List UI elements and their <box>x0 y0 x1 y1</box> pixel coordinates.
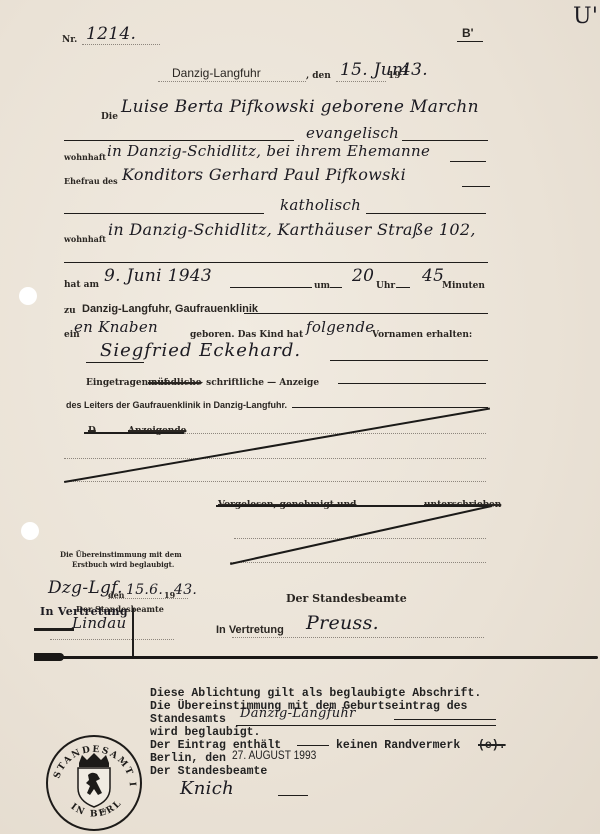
svg-text:24: 24 <box>100 809 106 815</box>
mother-line-2b <box>402 140 488 141</box>
informant-line <box>292 407 488 408</box>
father-residence: in Danzig-Schidlitz, Karthäuser Straße 1… <box>108 220 476 239</box>
vorgelesen-line-1 <box>234 538 486 539</box>
birth-place-line <box>244 313 488 314</box>
child-sex: en Knaben <box>74 318 158 336</box>
official-signature: Preuss. <box>306 612 379 634</box>
document-page: U' B' Nr. 1214. Danzig-Langfuhr , den 15… <box>0 0 600 834</box>
cert-1943-sig-tail <box>132 608 134 658</box>
number-label: Nr. <box>62 35 77 45</box>
uhr-label: Uhr <box>376 281 395 291</box>
divider-flare-left <box>34 653 64 661</box>
hat-am-label: hat am <box>64 280 99 290</box>
punch-hole-bottom <box>21 522 39 540</box>
anzeigende-d-struck: D <box>88 426 96 436</box>
copy-standesamt: Danzig-Langfuhr <box>240 706 356 721</box>
zu-label: zu <box>64 306 76 316</box>
year-suffix: 43. <box>400 60 428 80</box>
mother-religion: evangelisch <box>306 124 399 142</box>
cert-1943-year: 43. <box>174 582 197 598</box>
child-given-names: Siegfried Eckehard. <box>100 340 301 361</box>
copy-line-4: wird beglaubigt. <box>150 726 260 739</box>
copy-signature-dash <box>278 795 308 796</box>
cert-1943-sig-line <box>50 639 174 640</box>
corner-mark: U' <box>573 4 598 29</box>
anzeigende-strike-line <box>84 432 184 434</box>
mother-name: Luise Berta Pifkowski geborene Marchn <box>121 97 479 117</box>
copy-signature: Knich <box>180 778 234 799</box>
copy-line-6-label: Berlin, den <box>150 752 226 765</box>
cert-1943-date-line <box>108 598 188 599</box>
section-divider <box>34 656 598 659</box>
cancel-stroke-1 <box>64 407 490 483</box>
anzeigende-line-2 <box>64 458 486 459</box>
anzeigende-line-3 <box>64 481 486 482</box>
cert-1943-line1: Die Übereinstimmung mit dem <box>60 550 182 559</box>
copy-standesamt-line <box>236 725 496 726</box>
copy-standesamt-line-b <box>394 719 496 720</box>
father-line-end <box>462 186 490 187</box>
copy-line-7: Der Standesbeamte <box>150 765 267 778</box>
father-religion: katholisch <box>280 196 361 214</box>
vorgelesen-strike-line <box>216 505 488 507</box>
official-seal: STANDESAMT I IN BERLIN 24 <box>44 733 144 833</box>
mother-residence-line <box>450 161 486 162</box>
place-printed: Danzig-Langfuhr <box>172 66 261 80</box>
punch-hole-top <box>19 287 37 305</box>
given-names-line <box>330 360 488 361</box>
copy-line-5b: keinen Randvermerk <box>336 739 460 752</box>
mother-line-2a <box>64 140 294 141</box>
register-number: 1214. <box>86 24 136 44</box>
informant: des Leiters der Gaufrauenklinik in Danzi… <box>66 400 287 410</box>
date-line <box>336 81 386 82</box>
form-code-underline <box>457 41 483 42</box>
cert-1943-line2: Erstbuch wird beglaubigt. <box>72 560 174 569</box>
birth-date: 9. Juni 1943 <box>104 266 212 286</box>
in-vertretung-label: In Vertretung <box>216 624 284 636</box>
father-residence-line-2 <box>64 262 488 263</box>
copy-line-1: Diese Ablichtung gilt als beglaubigte Ab… <box>150 687 481 700</box>
anzeigende-struck: Anzeigende <box>128 426 186 436</box>
die-label: Die <box>101 112 118 122</box>
folgende: folgende <box>306 318 374 336</box>
father-line-2a <box>64 213 264 214</box>
given-names-underline <box>86 362 144 363</box>
year-prefix: 19 <box>388 71 401 81</box>
number-line <box>82 44 160 45</box>
cert-1943-date: 15.6. <box>126 582 163 598</box>
copy-line-3-label: Standesamts <box>150 713 226 726</box>
mother-residence: in Danzig-Schidlitz, bei ihrem Ehemanne <box>107 142 430 160</box>
seal-icon: STANDESAMT I IN BERLIN 24 <box>44 733 144 833</box>
cert-1943-sig-stroke <box>34 628 74 631</box>
schriftliche-anzeige: — schriftliche — Anzeige <box>194 378 319 388</box>
cert-1943-signature: Lindau <box>72 614 126 632</box>
birth-hour: 20 <box>352 266 374 286</box>
copy-line-5c: (e). <box>478 739 506 752</box>
signature-line <box>232 637 484 638</box>
birth-date-line <box>230 287 312 288</box>
geboren-label: geboren. Das Kind hat <box>190 330 303 340</box>
form-code: B' <box>462 26 474 40</box>
registration-line <box>338 383 486 384</box>
father-residence-label: wohnhaft <box>64 234 106 244</box>
birth-minutes: 45 <box>422 266 444 286</box>
place-line <box>158 81 306 82</box>
ehefrau-label: Ehefrau des <box>64 176 118 186</box>
um-dash <box>330 287 342 288</box>
copy-date-stamp: 27. AUGUST 1993 <box>232 748 316 762</box>
father-line-2b <box>366 213 486 214</box>
cancel-stroke-2 <box>230 505 492 565</box>
vorgelesen-line-2 <box>230 562 486 563</box>
father-name: Konditors Gerhard Paul Pifkowski <box>122 165 406 184</box>
um-label: um <box>314 281 330 291</box>
minuten-label: Minuten <box>442 281 485 291</box>
birth-place: Danzig-Langfuhr, Gaufrauenklinik <box>82 303 258 315</box>
date-label: , den <box>306 71 331 81</box>
vornamen-label: Vornamen erhalten: <box>372 330 472 340</box>
signature-title: Der Standesbeamte <box>286 592 407 605</box>
copy-eintrag-dash <box>297 745 329 746</box>
mother-residence-label: wohnhaft <box>64 152 106 162</box>
uhr-dash <box>396 287 410 288</box>
